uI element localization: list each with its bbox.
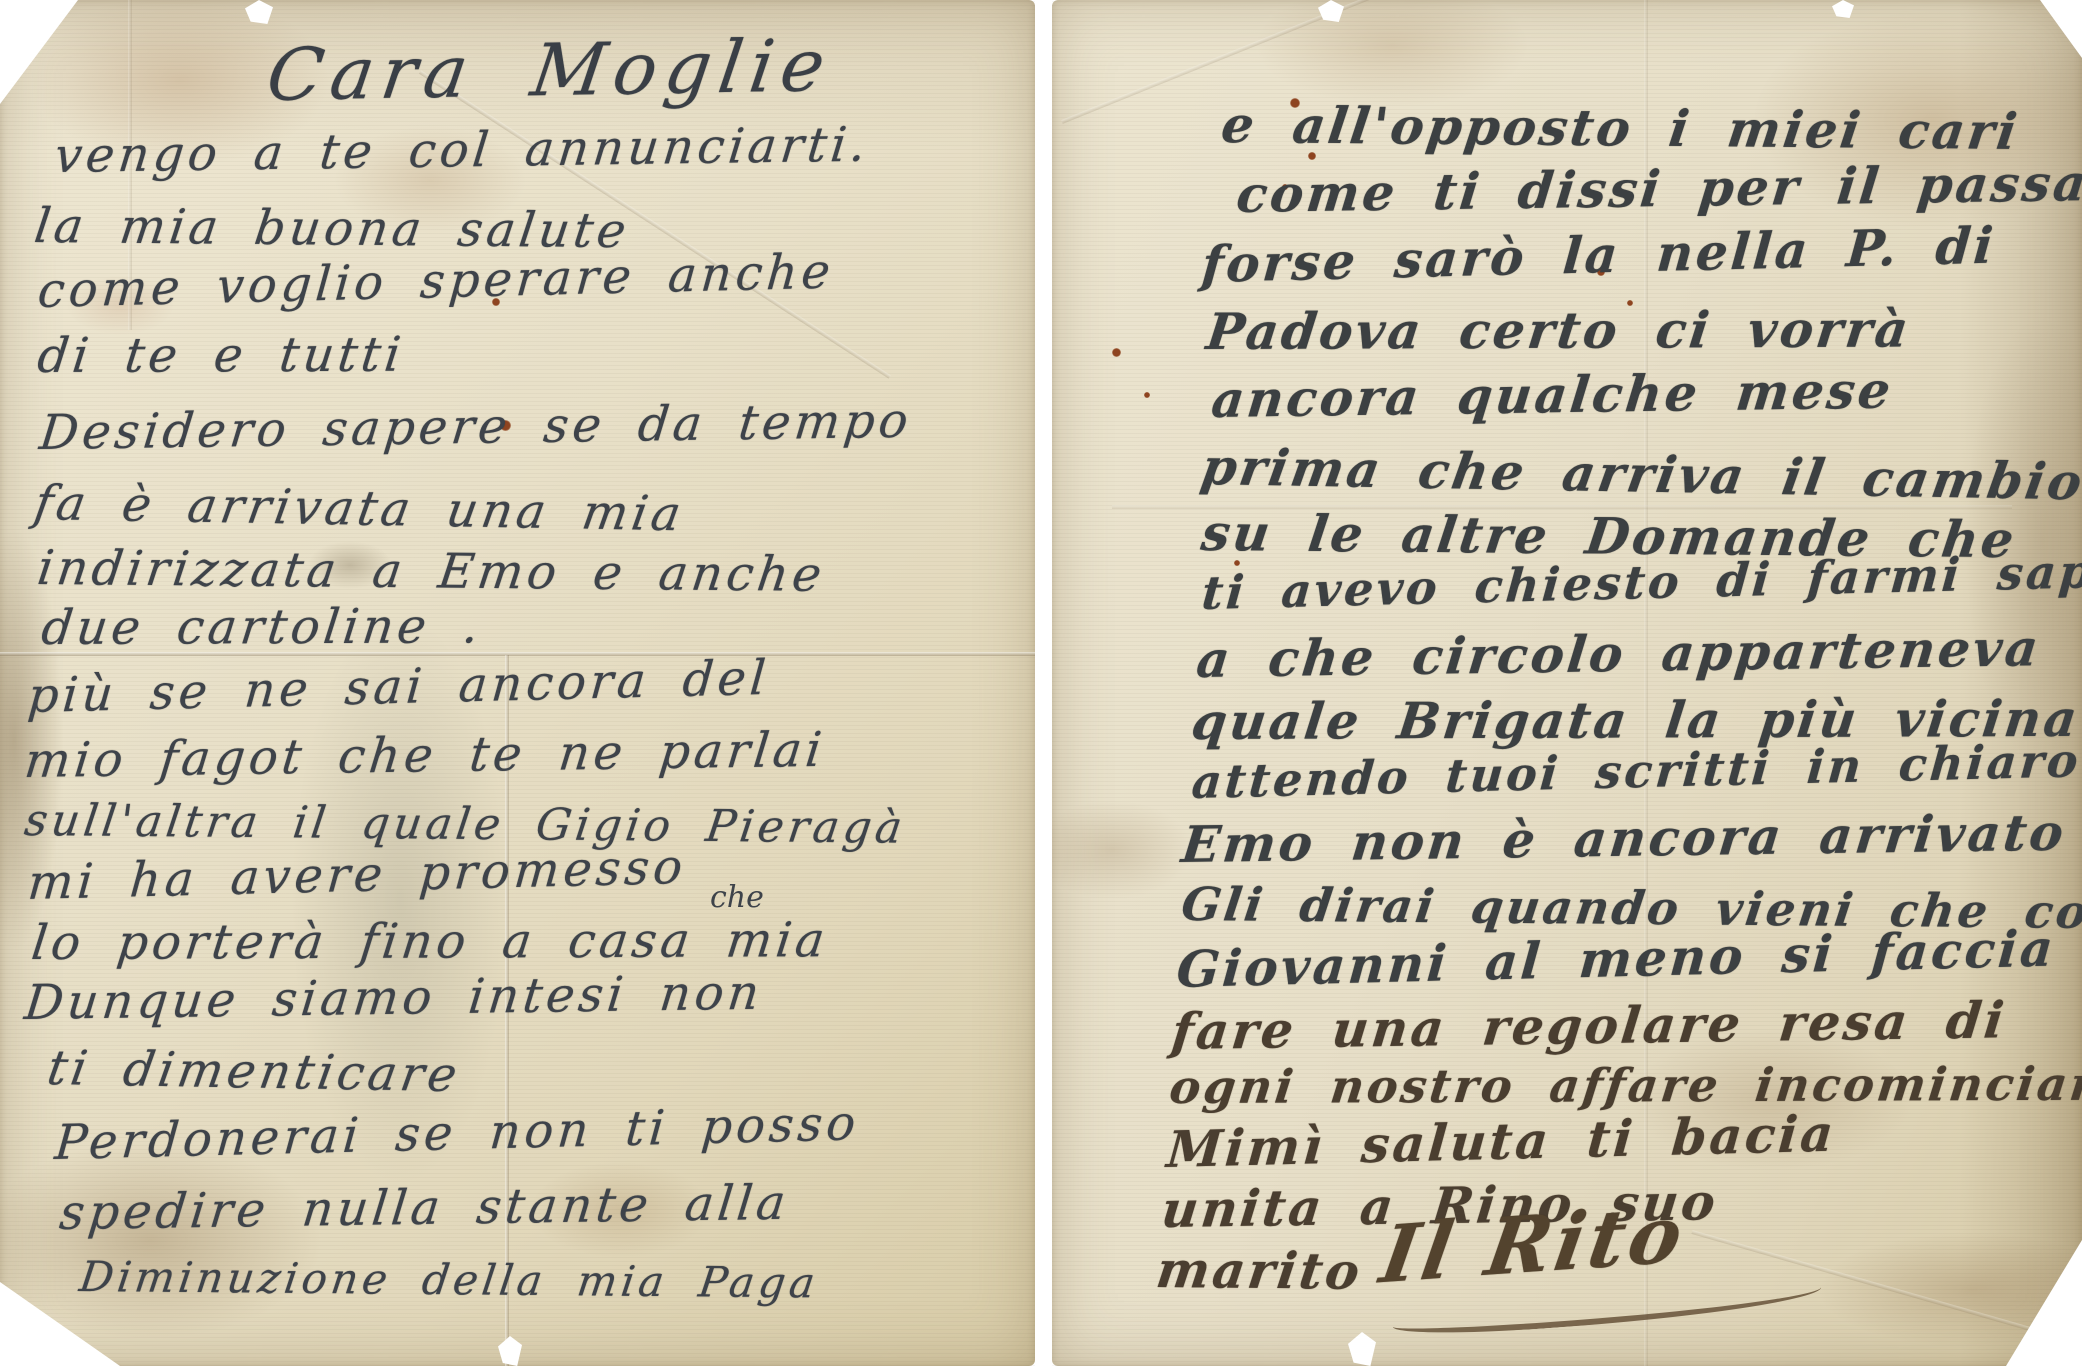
letter-line: Emo non è ancora arrivato	[1179, 803, 2069, 874]
letter-line: ancora qualche mese	[1209, 360, 1896, 429]
letter-line: lo porterà fino a casa mia	[29, 912, 832, 971]
letter-line: e all'opposto i miei cari	[1218, 95, 2023, 161]
letter-line: forse sarò la nella P. di	[1200, 216, 1999, 295]
letter-scan: Cara Moglie vengo a te col annunciarti. …	[0, 0, 2082, 1366]
letter-page-right: e all'opposto i miei cari come ti dissi …	[1052, 0, 2082, 1366]
letter-line: Desidero sapere se da tempo	[37, 393, 915, 461]
letter-line: fare una regolare resa di	[1169, 990, 2010, 1061]
letter-line: più se ne sai ancora del	[26, 650, 772, 724]
letter-line: di te e tutti	[35, 327, 408, 384]
letter-line: come ti dissi per il passato	[1234, 152, 2082, 224]
letter-line: prima che arriva il cambio	[1197, 437, 2082, 511]
letter-line: ti dimenticare	[44, 1040, 465, 1103]
rust-speck	[1112, 348, 1121, 357]
superscript-word: che	[710, 880, 764, 915]
letter-line: Diminuzione della mia Paga	[77, 1252, 822, 1307]
letter-line: spedire nulla stante alla	[57, 1175, 792, 1241]
letter-line: Padova certo ci vorrà	[1203, 300, 1914, 361]
letter-line: Dunque siamo intesi non	[22, 965, 766, 1031]
rust-speck	[1144, 392, 1150, 398]
letter-line: Perdonerai se non ti posso	[53, 1095, 862, 1171]
letter-line: due cartoline .	[39, 598, 486, 656]
letter-line: mi ha avere promesso	[26, 839, 689, 911]
letter-line: ogni nostro affare incominciando	[1167, 1056, 2082, 1114]
letter-page-left: Cara Moglie vengo a te col annunciarti. …	[0, 0, 1035, 1366]
letter-line: indirizzata a Emo e anche	[34, 540, 828, 603]
letter-line: mio fagot che te ne parlai	[22, 722, 828, 789]
letter-line: a che circolo apparteneva	[1194, 618, 2044, 689]
salutation: Cara Moglie	[262, 23, 838, 117]
letter-line: marito	[1153, 1240, 1366, 1301]
letter-line: Mimì saluta ti bacia	[1165, 1104, 1839, 1179]
letter-line: vengo a te col annunciarti.	[52, 117, 873, 184]
letter-line: fa è arrivata una mia	[31, 475, 689, 542]
